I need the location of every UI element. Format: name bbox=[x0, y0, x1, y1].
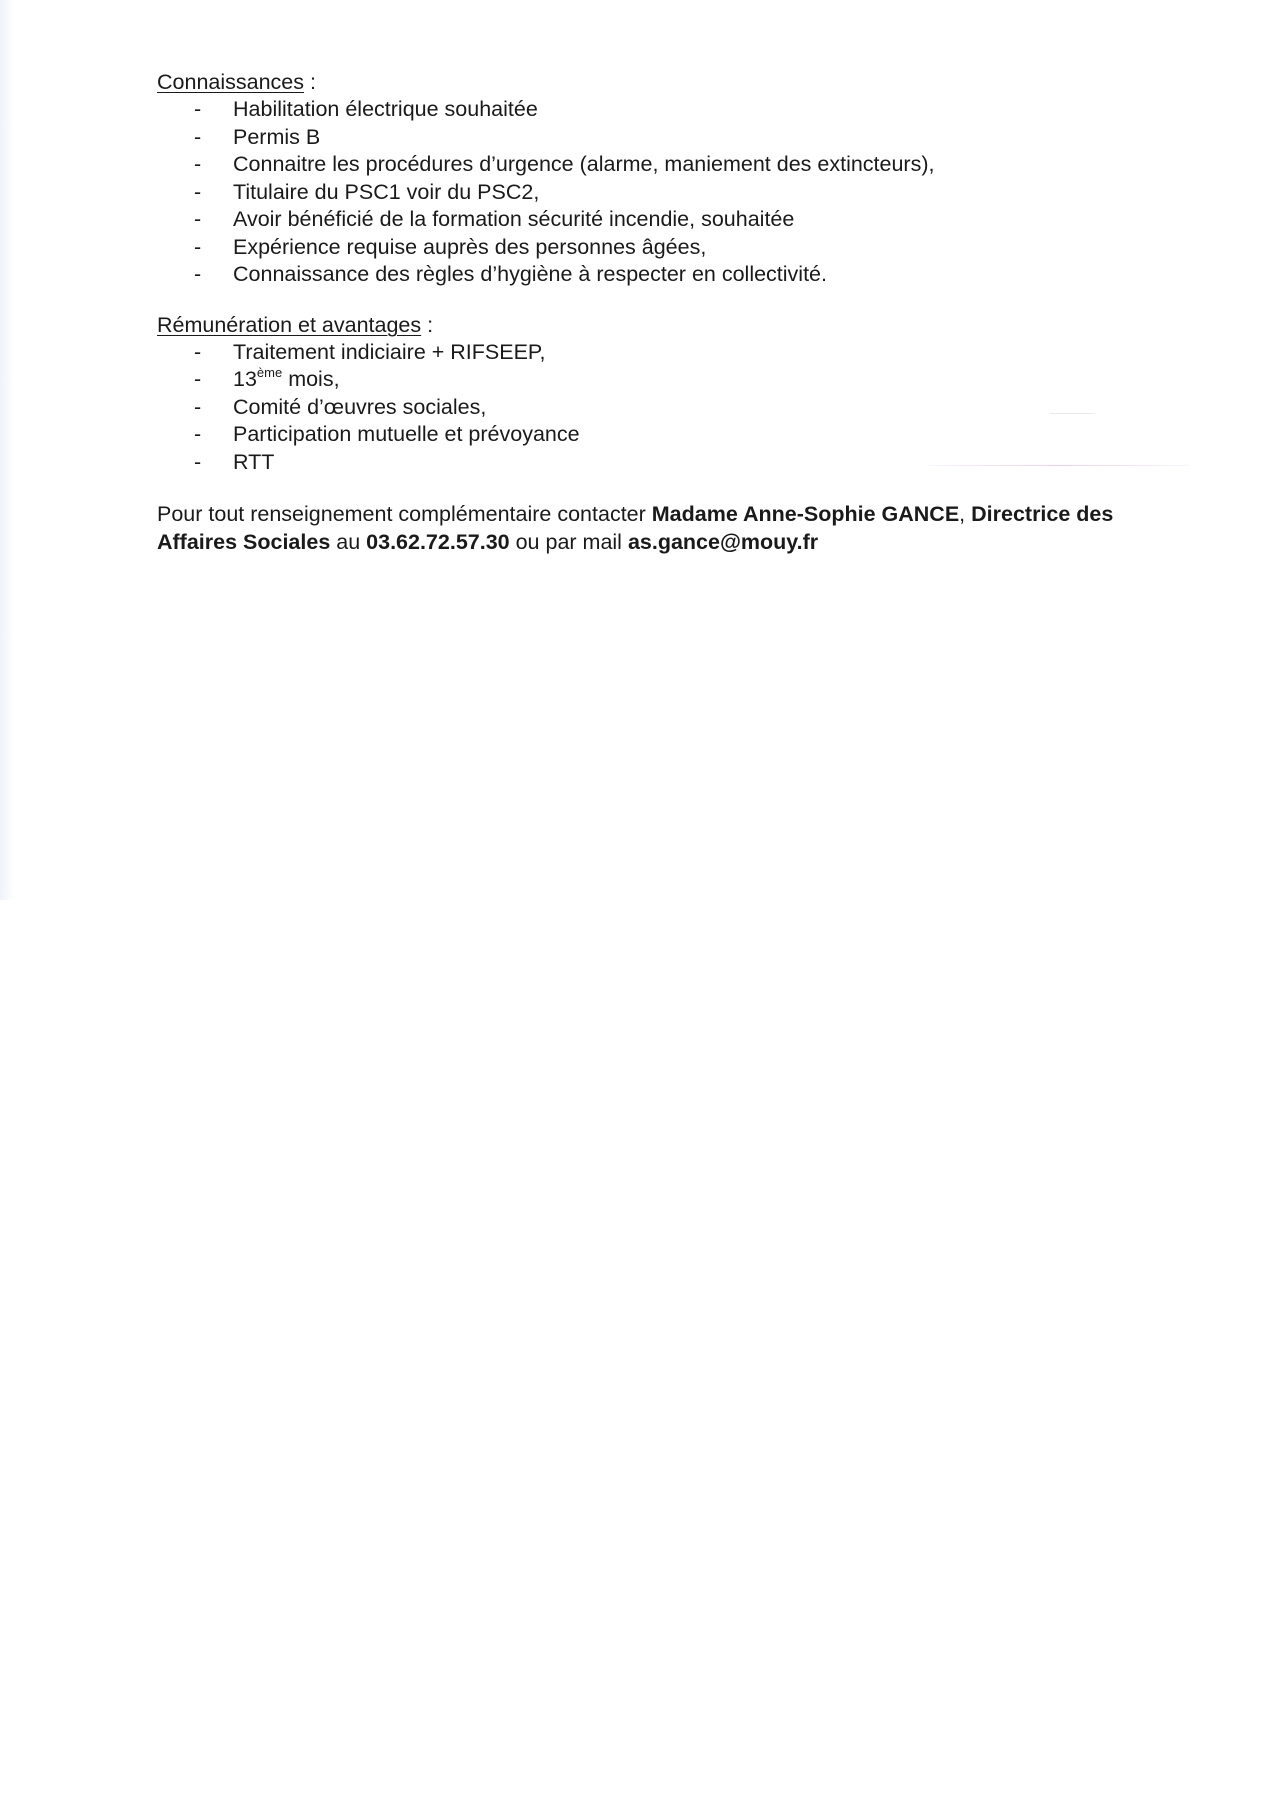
list-item-text: Traitement indiciaire + RIFSEEP, bbox=[233, 340, 545, 364]
contact-phone: 03.62.72.57.30 bbox=[366, 530, 509, 554]
list-item-text: Titulaire du PSC1 voir du PSC2, bbox=[233, 180, 539, 204]
list-item-text: 13 bbox=[233, 367, 257, 391]
remuneration-list: -Traitement indiciaire + RIFSEEP, -13ème… bbox=[157, 339, 1177, 477]
knowledge-heading-text: Connaissances bbox=[157, 70, 304, 94]
list-item: -Connaissance des règles d’hygiène à res… bbox=[157, 261, 1177, 289]
list-item: -Expérience requise auprès des personnes… bbox=[157, 234, 1177, 262]
knowledge-heading-colon: : bbox=[304, 70, 316, 94]
remuneration-heading-colon: : bbox=[421, 313, 433, 337]
dash-bullet: - bbox=[194, 124, 201, 152]
dash-bullet: - bbox=[194, 339, 201, 367]
list-item-text: Participation mutuelle et prévoyance bbox=[233, 422, 580, 446]
list-item: -Titulaire du PSC1 voir du PSC2, bbox=[157, 179, 1177, 207]
dash-bullet: - bbox=[194, 179, 201, 207]
remuneration-heading: Rémunération et avantages : bbox=[157, 311, 1177, 339]
list-item: -13ème mois, bbox=[157, 366, 1177, 394]
list-item-text: Expérience requise auprès des personnes … bbox=[233, 235, 706, 259]
list-item-text: mois, bbox=[282, 367, 339, 391]
document-page: Connaissances : -Habilitation électrique… bbox=[157, 68, 1177, 578]
dash-bullet: - bbox=[194, 151, 201, 179]
knowledge-list: -Habilitation électrique souhaitée -Perm… bbox=[157, 96, 1177, 289]
dash-bullet: - bbox=[194, 234, 201, 262]
ordinal-superscript: ème bbox=[257, 365, 282, 380]
remuneration-heading-text: Rémunération et avantages bbox=[157, 313, 421, 337]
contact-intro: Pour tout renseignement complémentaire c… bbox=[157, 502, 652, 526]
list-item: -RTT bbox=[157, 449, 1177, 477]
contact-separator: , bbox=[959, 502, 971, 526]
dash-bullet: - bbox=[194, 366, 201, 394]
list-item-text: Permis B bbox=[233, 125, 320, 149]
list-item: -Participation mutuelle et prévoyance bbox=[157, 421, 1177, 449]
dash-bullet: - bbox=[194, 394, 201, 422]
dash-bullet: - bbox=[194, 449, 201, 477]
list-item-text: Connaitre les procédures d’urgence (alar… bbox=[233, 152, 934, 176]
list-item: -Comité d’œuvres sociales, bbox=[157, 394, 1177, 422]
list-item-text: Comité d’œuvres sociales, bbox=[233, 395, 486, 419]
contact-paragraph: Pour tout renseignement complémentaire c… bbox=[157, 500, 1177, 556]
scan-artifact-left-edge bbox=[0, 0, 14, 900]
list-item: -Habilitation électrique souhaitée bbox=[157, 96, 1177, 124]
contact-phone-prefix: au bbox=[330, 530, 366, 554]
contact-email: as.gance@mouy.fr bbox=[628, 530, 818, 554]
dash-bullet: - bbox=[194, 96, 201, 124]
knowledge-heading: Connaissances : bbox=[157, 68, 1177, 96]
list-item: -Traitement indiciaire + RIFSEEP, bbox=[157, 339, 1177, 367]
list-item: -Permis B bbox=[157, 124, 1177, 152]
list-item-text: Habilitation électrique souhaitée bbox=[233, 97, 538, 121]
contact-mail-prefix: ou par mail bbox=[510, 530, 628, 554]
dash-bullet: - bbox=[194, 261, 201, 289]
list-item-text: Avoir bénéficié de la formation sécurité… bbox=[233, 207, 794, 231]
contact-name: Madame Anne-Sophie GANCE bbox=[652, 502, 959, 526]
dash-bullet: - bbox=[194, 421, 201, 449]
list-item-text: Connaissance des règles d’hygiène à resp… bbox=[233, 262, 827, 286]
list-item: -Avoir bénéficié de la formation sécurit… bbox=[157, 206, 1177, 234]
list-item-text: RTT bbox=[233, 450, 274, 474]
list-item: -Connaitre les procédures d’urgence (ala… bbox=[157, 151, 1177, 179]
dash-bullet: - bbox=[194, 206, 201, 234]
